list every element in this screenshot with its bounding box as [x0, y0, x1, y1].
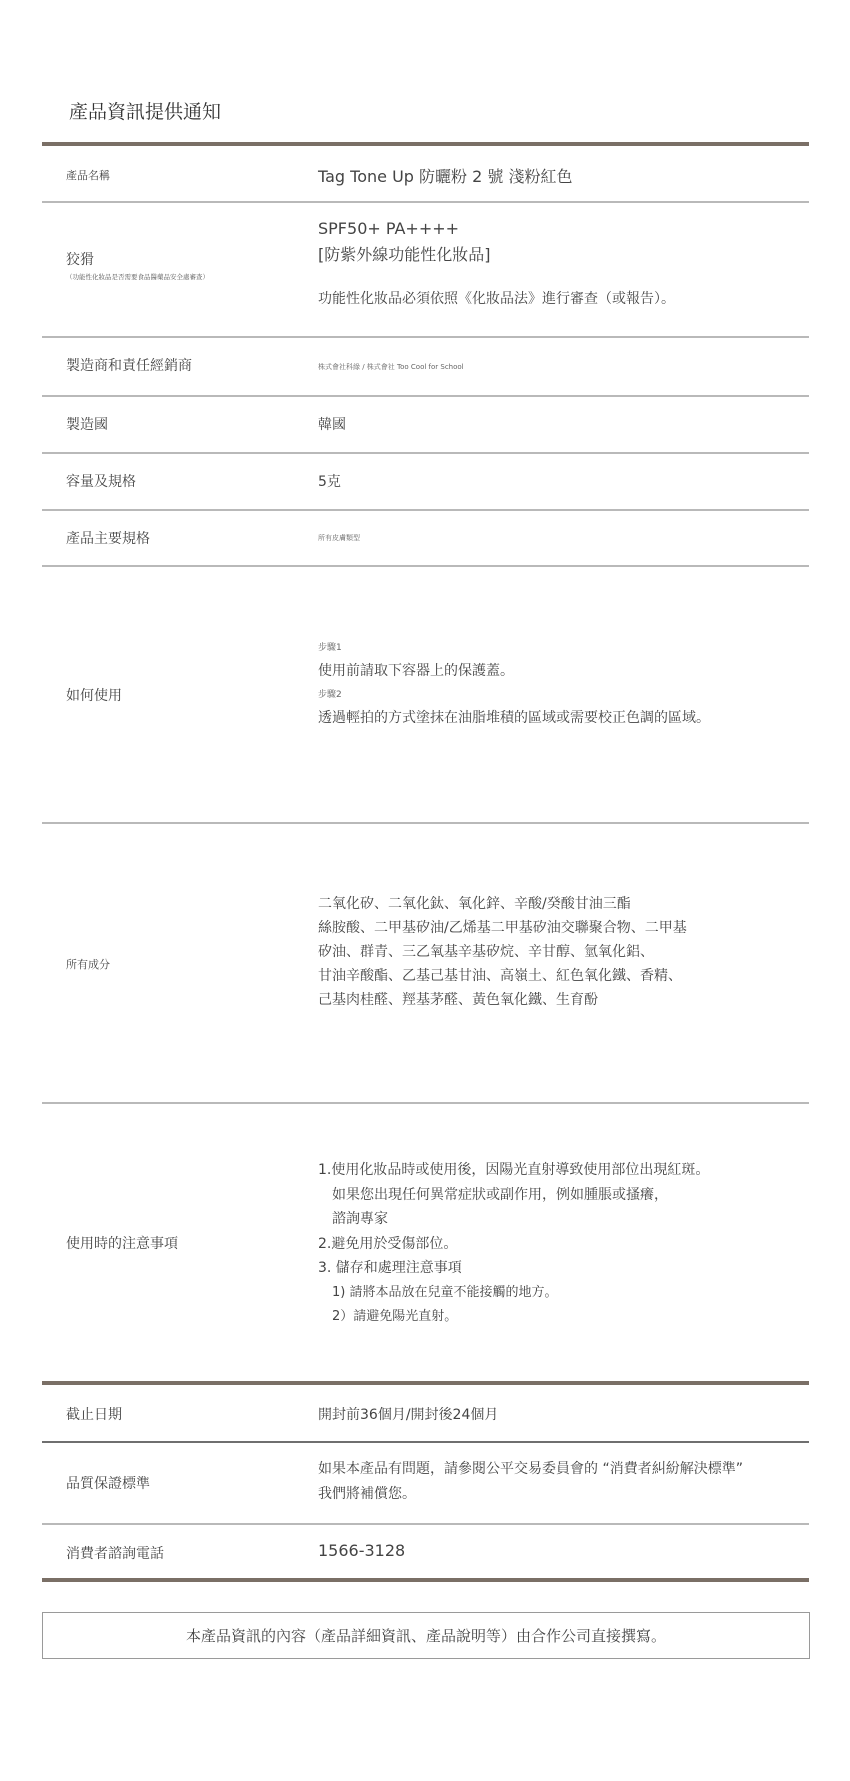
- precautions-label: 使用時的注意事項: [66, 1233, 178, 1253]
- capacity-label: 容量及規格: [66, 471, 136, 491]
- ingredients-line: 甘油辛酸酯、乙基己基甘油、高嶺土、紅色氧化鐵、香精、: [318, 964, 687, 988]
- row-divider: [42, 336, 809, 338]
- row-divider: [42, 1441, 809, 1443]
- precaution-line: 2）請避免陽光直射。: [318, 1305, 709, 1330]
- footer-note-box: 本產品資訊的內容（產品詳細資訊、產品說明等）由合作公司直接撰寫。: [42, 1612, 810, 1659]
- precautions-list: 1.使用化妝品時或使用後，因陽光直射導致使用部位出現紅斑。 如果您出現任何異常症…: [318, 1158, 709, 1330]
- table-bottom-border: [42, 1578, 809, 1582]
- section-border: [42, 1381, 809, 1385]
- footer-note: 本產品資訊的內容（產品詳細資訊、產品說明等）由合作公司直接撰寫。: [186, 1625, 666, 1646]
- row-divider: [42, 509, 809, 511]
- expiry-label: 截止日期: [66, 1404, 122, 1424]
- manufacturer-value: 株式會社科綠 / 株式會社 Too Cool for School: [318, 362, 464, 372]
- row-divider: [42, 1523, 809, 1525]
- phone-label: 消費者諮詢電話: [66, 1543, 164, 1563]
- page-title: 產品資訊提供通知: [69, 97, 221, 124]
- ingredients-line: 己基肉桂醛、羥基茅醛、黃色氧化鐵、生育酚: [318, 988, 687, 1012]
- precaution-line: 1.使用化妝品時或使用後，因陽光直射導致使用部位出現紅斑。: [318, 1158, 709, 1183]
- precaution-line: 諮詢專家: [318, 1207, 709, 1232]
- functional-type: [防紫外線功能性化妝品]: [318, 242, 491, 265]
- row-divider: [42, 201, 809, 203]
- precaution-line: 1) 請將本品放在兒童不能接觸的地方。: [318, 1281, 709, 1306]
- product-name-value: Tag Tone Up 防曬粉 2 號 淺粉紅色: [318, 164, 572, 187]
- ingredients-line: 二氧化矽、二氧化鈦、氧化鋅、辛酸/癸酸甘油三酯: [318, 892, 687, 916]
- country-value: 韓國: [318, 414, 346, 434]
- precaution-line: 如果您出現任何異常症狀或副作用，例如腫脹或搔癢，: [318, 1183, 709, 1208]
- functional-spf: SPF50+ PA++++: [318, 219, 459, 238]
- ingredients-list: 二氧化矽、二氧化鈦、氧化鋅、辛酸/癸酸甘油三酯 絲胺酸、二甲基矽油/乙烯基二甲基…: [318, 892, 687, 1012]
- expiry-value: 開封前36個月/開封後24個月: [318, 1404, 498, 1424]
- step1-text: 使用前請取下容器上的保護蓋。: [318, 660, 514, 680]
- step2-label: 步驟2: [318, 687, 342, 700]
- phone-value: 1566-3128: [318, 1541, 405, 1560]
- precaution-line: 2.避免用於受傷部位。: [318, 1232, 709, 1257]
- country-label: 製造國: [66, 414, 108, 434]
- table-top-border: [42, 142, 809, 146]
- main-spec-value: 所有皮膚類型: [318, 533, 360, 543]
- functional-sublabel: （功能性化妝品是否需要食品醫藥品安全處審查）: [66, 272, 209, 281]
- functional-label: 狡猾: [66, 249, 94, 269]
- row-divider: [42, 395, 809, 397]
- precaution-line: 3. 儲存和處理注意事項: [318, 1256, 709, 1281]
- step1-label: 步驟1: [318, 640, 342, 653]
- row-divider: [42, 452, 809, 454]
- row-divider: [42, 565, 809, 567]
- quality-value-line2: 我們將補償您。: [318, 1483, 416, 1503]
- main-spec-label: 產品主要規格: [66, 528, 150, 548]
- row-divider: [42, 822, 809, 824]
- ingredients-label: 所有成分: [66, 956, 110, 972]
- row-divider: [42, 1102, 809, 1104]
- capacity-value: 5克: [318, 471, 341, 491]
- quality-label: 品質保證標準: [66, 1473, 150, 1493]
- ingredients-line: 絲胺酸、二甲基矽油/乙烯基二甲基矽油交聯聚合物、二甲基: [318, 916, 687, 940]
- functional-note: 功能性化妝品必須依照《化妝品法》進行審查（或報告）。: [318, 288, 675, 308]
- step2-text: 透過輕拍的方式塗抹在油脂堆積的區域或需要校正色調的區域。: [318, 707, 710, 727]
- how-to-use-label: 如何使用: [66, 685, 122, 705]
- quality-value-line1: 如果本產品有問題，請參閱公平交易委員會的 “消費者糾紛解決標準”: [318, 1458, 743, 1478]
- ingredients-line: 矽油、群青、三乙氧基辛基矽烷、辛甘醇、氫氧化鋁、: [318, 940, 687, 964]
- manufacturer-label: 製造商和責任經銷商: [66, 355, 192, 375]
- product-name-label: 產品名稱: [66, 167, 110, 183]
